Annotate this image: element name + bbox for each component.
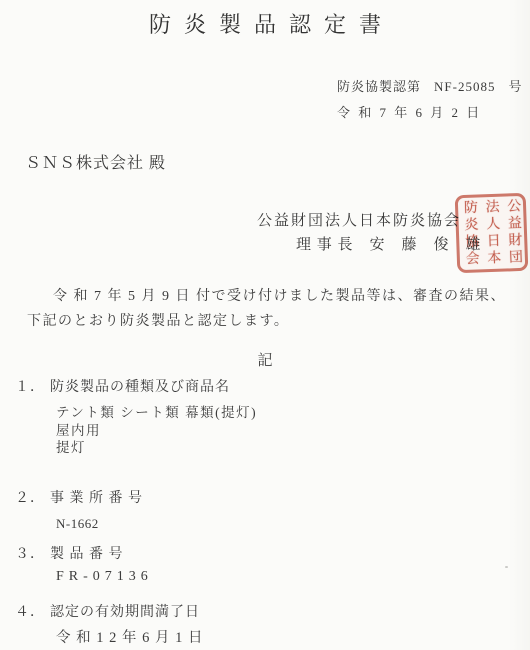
product-category: テント類 シート類 幕類(提灯): [56, 404, 257, 422]
office-number-value: N-1662: [56, 516, 99, 532]
scan-artifact-speck: [505, 566, 508, 568]
item-number: １．: [15, 380, 45, 395]
issuer-representative: 理 事 長 安 藤 俊 雄: [296, 233, 482, 254]
item-product-type-heading: １．防炎製品の種類及び商品名: [15, 376, 230, 396]
record-marker: 記: [0, 349, 530, 370]
item-expiry-heading: ４．認定の有効期間満了日: [15, 601, 200, 621]
certification-statement: 令 和 7 年 5 月 9 日 付で受け付けました製品等は、審査の結果、 下記の…: [27, 285, 511, 334]
seal-text-column: 公益財団: [505, 198, 521, 266]
item-heading-label: 製 品 番 号: [50, 547, 124, 562]
official-seal-stamp: 公益財団 法人日本 防炎協会: [455, 193, 529, 273]
issuer-organization: 公益財団法人日本防炎協会: [257, 209, 461, 230]
item-number: ２．: [15, 491, 45, 506]
item-heading-label: 認定の有効期間満了日: [50, 605, 200, 620]
certificate-document: 防炎製品認定書 防炎協製認第NF-25085号 令 和 7 年 6 月 2 日 …: [0, 0, 530, 650]
statement-line-1: 令 和 7 年 5 月 9 日 付で受け付けました製品等は、審査の結果、: [53, 289, 506, 304]
seal-text-column: 法人日本: [483, 199, 499, 267]
item-heading-label: 防炎製品の種類及び商品名: [50, 380, 230, 395]
item-heading-label: 事 業 所 番 号: [50, 491, 143, 506]
statement-line-2: 下記のとおり防炎製品と認定します。: [27, 314, 289, 329]
product-use: 屋内用: [56, 422, 257, 440]
product-name: 提灯: [56, 439, 257, 457]
certificate-meta: 防炎協製認第NF-25085号 令 和 7 年 6 月 2 日: [337, 76, 522, 121]
certificate-number-suffix: 号: [508, 79, 522, 94]
certificate-number: NF-25085: [434, 79, 495, 94]
item-product-number-heading: ３．製 品 番 号: [15, 543, 124, 563]
item-office-number-heading: ２．事 業 所 番 号: [15, 487, 143, 507]
certificate-number-prefix: 防炎協製認第: [337, 79, 421, 94]
product-number-value: FR-07136: [56, 569, 153, 585]
expiry-date-value: 令 和 1 2 年 6 月 1 日: [56, 626, 204, 647]
item-number: ４．: [15, 605, 45, 620]
issue-date: 令 和 7 年 6 月 2 日: [337, 102, 522, 121]
seal-text-column: 防炎協会: [462, 200, 478, 268]
item-number: ３．: [15, 547, 45, 562]
item-product-type-value: テント類 シート類 幕類(提灯) 屋内用 提灯: [56, 404, 257, 457]
addressee: ＳＮＳ株式会社 殿: [25, 150, 166, 173]
document-title: 防炎製品認定書: [0, 8, 530, 39]
certificate-number-line: 防炎協製認第NF-25085号: [337, 76, 522, 95]
